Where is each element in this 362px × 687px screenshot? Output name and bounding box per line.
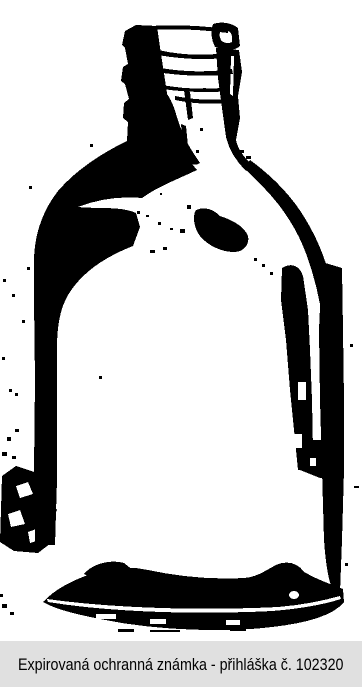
speck xyxy=(2,604,7,608)
bottle-right-edge xyxy=(281,262,344,596)
base-dash-3 xyxy=(118,629,134,632)
base-nick-1 xyxy=(96,614,116,619)
speck xyxy=(12,294,15,297)
speck xyxy=(187,205,191,209)
neck-center-streak-1 xyxy=(184,90,193,120)
interior-shading xyxy=(137,188,273,275)
speck xyxy=(90,144,93,147)
speck xyxy=(27,267,30,270)
right-edge-hole-1 xyxy=(298,382,306,400)
base-dash-2 xyxy=(230,629,246,631)
speck xyxy=(203,88,206,91)
shoulder-dash-1 xyxy=(238,150,244,153)
speck xyxy=(254,258,257,261)
speck xyxy=(3,279,6,282)
speck xyxy=(29,186,32,189)
center-blob xyxy=(194,208,248,252)
speck xyxy=(22,320,25,323)
bottle-left-shadow xyxy=(34,25,200,545)
speck xyxy=(146,215,149,217)
speck xyxy=(7,437,11,441)
speck xyxy=(10,612,14,615)
speck xyxy=(170,228,173,230)
speck xyxy=(158,222,161,225)
thread-line-1 xyxy=(158,50,226,59)
speck xyxy=(150,250,155,253)
speck xyxy=(2,357,5,360)
speck xyxy=(180,229,185,233)
speck xyxy=(99,376,102,379)
speck xyxy=(345,563,348,566)
speck xyxy=(0,594,3,597)
speck xyxy=(200,128,203,131)
trademark-image: Expirovaná ochranná známka - přihláška č… xyxy=(0,0,362,687)
speck xyxy=(9,389,12,392)
speck xyxy=(145,188,148,191)
speck xyxy=(2,452,7,456)
speck xyxy=(137,211,140,214)
base-nick-2 xyxy=(150,619,166,624)
neck-right-column xyxy=(216,48,253,171)
speck xyxy=(354,486,359,488)
base-white-dot xyxy=(289,591,299,599)
right-edge-hole-2 xyxy=(294,434,302,448)
speck xyxy=(350,344,353,347)
speck xyxy=(160,193,162,195)
speck xyxy=(44,462,48,465)
bottle-bitmap xyxy=(0,0,362,643)
speck xyxy=(270,272,273,275)
right-edge-outer-column xyxy=(319,262,344,596)
right-edge-merge xyxy=(298,440,340,478)
rim-right-blob xyxy=(211,23,240,50)
shoulder-dash-2 xyxy=(246,156,251,159)
base-nick-3 xyxy=(226,620,240,625)
caption-text: Expirovaná ochranná známka - přihláška č… xyxy=(18,656,343,673)
right-edge-hole-3 xyxy=(310,458,316,466)
bottle-base xyxy=(43,562,344,632)
left-shadow-mass xyxy=(34,25,197,545)
speck xyxy=(12,456,16,459)
speck xyxy=(196,150,199,153)
speck xyxy=(15,429,19,432)
base-dash-1 xyxy=(150,630,180,632)
speck xyxy=(163,247,167,250)
speck xyxy=(262,264,265,267)
speck xyxy=(15,393,18,396)
caption-bar: Expirovaná ochranná známka - přihláška č… xyxy=(0,641,362,687)
